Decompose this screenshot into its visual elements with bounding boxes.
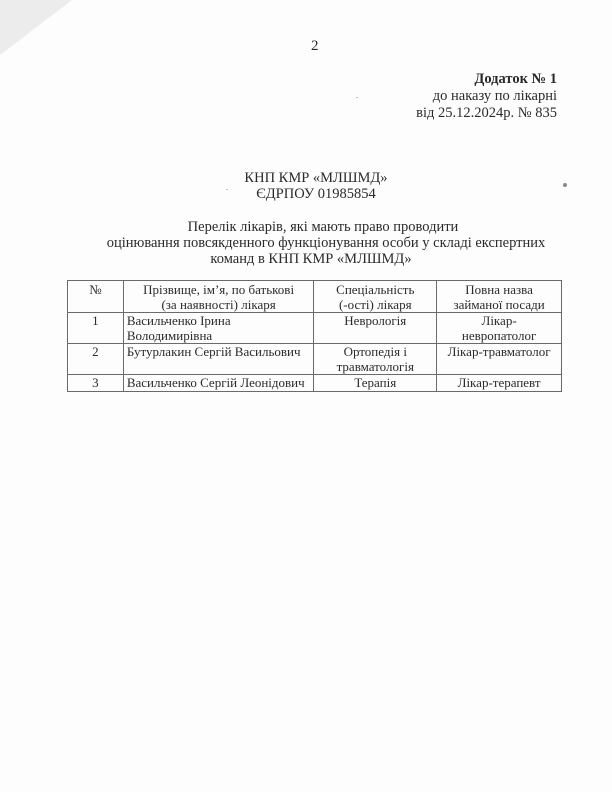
header-name: Прізвище, ім’я, по батькові (за наявност… <box>123 281 314 313</box>
appendix-block: Додаток № 1 до наказу по лікарні від 25.… <box>416 71 557 122</box>
cell-name: Васильченко Сергій Леонідович <box>123 375 314 392</box>
cell-specialty: Терапія <box>314 375 437 392</box>
scan-corner-fold <box>0 0 72 55</box>
scan-speck <box>356 97 358 98</box>
cell-num: 2 <box>68 344 124 375</box>
page-number: 2 <box>311 38 319 55</box>
header-position: Повна назва займаної посади <box>437 281 562 313</box>
doctors-table: № Прізвище, ім’я, по батькові (за наявно… <box>67 280 562 392</box>
appendix-order-line: до наказу по лікарні <box>416 88 557 105</box>
organization-block: КНП КМР «МЛШМД» ЄДРПОУ 01985854 <box>0 170 612 202</box>
header-specialty: Спеціальність (-ості) лікаря <box>314 281 437 313</box>
cell-specialty: Неврологія <box>314 313 437 344</box>
cell-num: 1 <box>68 313 124 344</box>
table-row: 1 Васильченко Ірина Володимирівна Неврол… <box>68 313 562 344</box>
organization-code: ЄДРПОУ 01985854 <box>0 186 612 202</box>
cell-position: Лікар-травматолог <box>437 344 562 375</box>
header-num: № <box>68 281 124 313</box>
table-row: 2 Бутурлакин Сергій Васильович Ортопедія… <box>68 344 562 375</box>
cell-position: Лікар- невропатолог <box>437 313 562 344</box>
table-row: 3 Васильченко Сергій Леонідович Терапія … <box>68 375 562 392</box>
heading-line-3: команд в КНП КМР «МЛШМД» <box>0 251 612 267</box>
heading-line-2: оцінювання повсякденного функціонування … <box>0 235 612 251</box>
heading-line-1: Перелік лікарів, які мають право проводи… <box>0 219 612 235</box>
cell-name: Васильченко Ірина Володимирівна <box>123 313 314 344</box>
cell-specialty: Ортопедія і травматологія <box>314 344 437 375</box>
appendix-title: Додаток № 1 <box>416 71 557 88</box>
cell-name: Бутурлакин Сергій Васильович <box>123 344 314 375</box>
document-heading: Перелік лікарів, які мають право проводи… <box>0 219 612 267</box>
cell-position: Лікар-терапевт <box>437 375 562 392</box>
cell-num: 3 <box>68 375 124 392</box>
appendix-order-date: від 25.12.2024р. № 835 <box>416 105 557 122</box>
table-header-row: № Прізвище, ім’я, по батькові (за наявно… <box>68 281 562 313</box>
organization-name: КНП КМР «МЛШМД» <box>0 170 612 186</box>
